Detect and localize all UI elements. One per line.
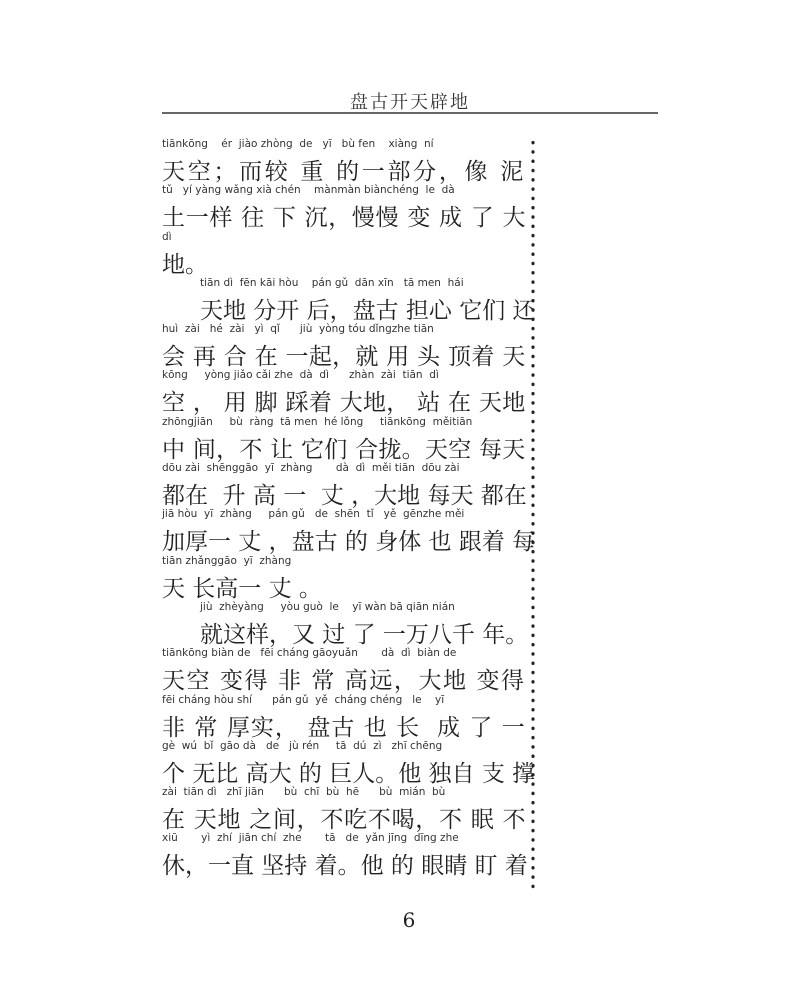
pinyin-annotation: gè wú bǐ gāo dà de jù rén tā dú zì zhī c… — [162, 740, 526, 756]
text-line: gè wú bǐ gāo dà de jù rén tā dú zì zhī c… — [162, 740, 526, 786]
chinese-text: 就这样，又 过 了 一万八千 年。 — [200, 616, 528, 649]
chinese-text: 天空；而较 重 的一部分，像 泥 — [162, 153, 526, 186]
chinese-text: 个 无比 高大 的 巨人。他 独自 支 撑 — [162, 755, 535, 788]
pinyin-annotation: dì — [162, 231, 526, 247]
pinyin-annotation: zài tiān dì zhī jiān bù chī bù hē bù miá… — [162, 786, 526, 802]
text-line: huì zài hé zài yì qǐ jiù yòng tóu dǐngzh… — [162, 323, 526, 369]
chinese-text: 天地 分开 后，盘古 担心 它们 还 — [200, 292, 536, 325]
text-line: fēi cháng hòu shí pán gǔ yě cháng chéng … — [162, 694, 526, 740]
pinyin-annotation: zhōngjiān bù ràng tā men hé lǒng tiānkōn… — [162, 416, 526, 432]
pinyin-annotation: huì zài hé zài yì qǐ jiù yòng tóu dǐngzh… — [162, 323, 526, 339]
pinyin-annotation: tiān dì fēn kāi hòu pán gǔ dān xīn tā me… — [200, 277, 526, 293]
text-line: xiū yì zhí jiān chí zhe tā de yǎn jīng d… — [162, 832, 526, 878]
text-line: tiān dì fēn kāi hòu pán gǔ dān xīn tā me… — [162, 277, 526, 323]
chinese-text: 会 再 合 在 一起，就 用 头 顶着 天 — [162, 338, 526, 371]
page-number: 6 — [0, 908, 800, 932]
chinese-text: 土一样 往 下 沉，慢慢 变 成 了 大 — [162, 199, 526, 232]
text-line: zhōngjiān bù ràng tā men hé lǒng tiānkōn… — [162, 416, 526, 462]
text-line: tiān zhǎnggāo yī zhàng天 长高一 丈 。 — [162, 555, 526, 601]
pinyin-annotation: jiù zhèyàng yòu guò le yī wàn bā qiān ni… — [200, 601, 526, 617]
pinyin-annotation: tiān zhǎnggāo yī zhàng — [162, 555, 526, 571]
header-divider — [162, 112, 658, 114]
pinyin-annotation: jiā hòu yī zhàng pán gǔ de shēn tǐ yě gē… — [162, 508, 526, 524]
chinese-text: 空 ， 用 脚 踩着 大地， 站 在 天地 — [162, 384, 526, 417]
chinese-text: 加厚一 丈 ，盘古 的 身体 也 跟着 每 — [162, 523, 535, 556]
chinese-text: 天 长高一 丈 。 — [162, 570, 322, 603]
chinese-text: 中 间，不 让 它们 合拢。天空 每天 — [162, 431, 526, 464]
pinyin-annotation: dōu zài shēnggāo yī zhàng dà dì měi tiān… — [162, 462, 526, 478]
header-title: 盘古开天辟地 — [0, 88, 800, 114]
text-line: dōu zài shēnggāo yī zhàng dà dì měi tiān… — [162, 462, 526, 508]
chinese-text: 休，一直 坚持 着。他 的 眼睛 盯 着 — [162, 847, 528, 880]
pinyin-annotation: tiānkōng ér jiào zhòng de yī bù fen xiàn… — [162, 138, 526, 154]
text-line: jiā hòu yī zhàng pán gǔ de shēn tǐ yě gē… — [162, 508, 526, 554]
text-line: jiù zhèyàng yòu guò le yī wàn bā qiān ni… — [162, 601, 526, 647]
chinese-text: 都在 升 高 一 丈 ，大地 每天 都在 — [162, 477, 527, 510]
dotted-margin-border — [531, 138, 535, 890]
text-line: dì地。 — [162, 231, 526, 277]
pinyin-annotation: kōng yòng jiǎo cǎi zhe dà dì zhàn zài ti… — [162, 369, 526, 385]
chinese-text: 非 常 厚实， 盘古 也 长 成 了 一 — [162, 709, 526, 742]
chinese-text: 地。 — [162, 246, 208, 279]
text-line: tiānkōng biàn de fēi cháng gāoyuǎn dà dì… — [162, 647, 526, 693]
text-line: tiānkōng ér jiào zhòng de yī bù fen xiàn… — [162, 138, 526, 184]
text-line: zài tiān dì zhī jiān bù chī bù hē bù miá… — [162, 786, 526, 832]
text-line: tǔ yí yàng wǎng xià chén mànmàn biànchén… — [162, 184, 526, 230]
chinese-text: 天空 变得 非 常 高远，大地 变得 — [162, 662, 526, 695]
text-line: kōng yòng jiǎo cǎi zhe dà dì zhàn zài ti… — [162, 369, 526, 415]
story-text: tiānkōng ér jiào zhòng de yī bù fen xiàn… — [162, 138, 526, 879]
pinyin-annotation: fēi cháng hòu shí pán gǔ yě cháng chéng … — [162, 694, 526, 710]
chinese-text: 在 天地 之间，不吃不喝，不 眠 不 — [162, 801, 526, 834]
pinyin-annotation: tǔ yí yàng wǎng xià chén mànmàn biànchén… — [162, 184, 526, 200]
pinyin-annotation: xiū yì zhí jiān chí zhe tā de yǎn jīng d… — [162, 832, 526, 848]
pinyin-annotation: tiānkōng biàn de fēi cháng gāoyuǎn dà dì… — [162, 647, 526, 663]
